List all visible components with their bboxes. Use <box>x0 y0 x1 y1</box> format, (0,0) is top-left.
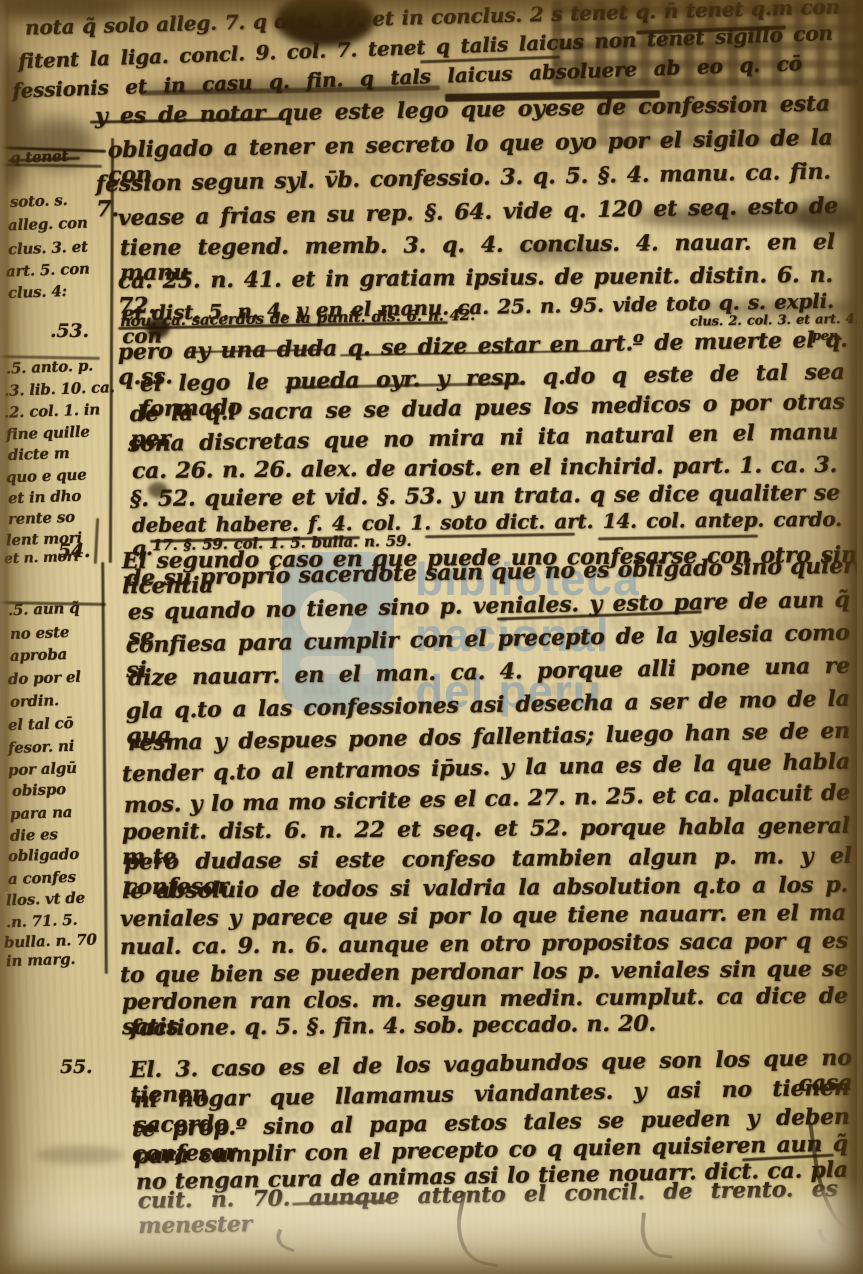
manuscript-line: cuit. n. 70. aunque attento el concil. d… <box>138 1177 839 1240</box>
manuscript-line: veniales y parece que si por lo que tien… <box>120 901 846 933</box>
manuscript-line: y es de notar que este lego que oyese de… <box>95 92 830 130</box>
manuscript-line: nual. ca. 9. n. 6. aunque en otro propos… <box>120 929 848 961</box>
manuscript-line: ca. 26. n. 26. alex. de ariost. en el in… <box>132 453 837 484</box>
manuscript-line: le absoluio de todos si valdria la absol… <box>122 873 848 905</box>
manuscript-page: obligado a tener en secreto lo que oyo p… <box>0 0 863 1274</box>
manuscript-line: factione. q. 5. §. fin. 4. sob. peccado.… <box>130 1012 656 1042</box>
manuscript-text-block: nota q̃ solo alleg. 7. q dist. 17. et in… <box>0 0 863 1274</box>
